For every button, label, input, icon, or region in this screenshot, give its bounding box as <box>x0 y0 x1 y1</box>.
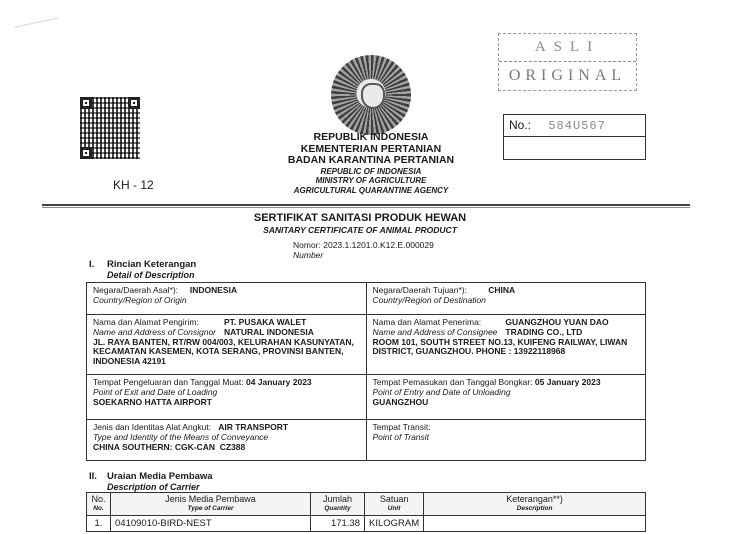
entry-date: 05 January 2023 <box>535 377 601 387</box>
row-no: 1. <box>87 516 111 532</box>
destination-label-en: Country/Region of Destination <box>373 296 640 306</box>
scan-smudge <box>14 17 60 37</box>
form-code: KH - 12 <box>113 178 154 192</box>
entry-place: GUANGZHOU <box>373 398 640 408</box>
number-label-en: Number <box>293 250 434 260</box>
entry-cell: Tempat Pemasukan dan Tanggal Bongkar: 05… <box>366 375 646 419</box>
conveyance-cell: Jenis dan Identitas Alat Angkut: AIR TRA… <box>87 420 366 460</box>
table-header-row: No.No. Jenis Media PembawaType of Carrie… <box>87 493 646 516</box>
certificate-title: SERTIFIKAT SANITASI PRODUK HEWAN SANITAR… <box>200 212 520 236</box>
description-table: Negara/Daerah Asal*): INDONESIA Country/… <box>86 282 646 461</box>
section-title: Rincian Keterangan <box>107 259 196 270</box>
header-line-en: MINISTRY OF AGRICULTURE <box>250 176 492 186</box>
consignor-address: JL. RAYA BANTEN, RT/RW 004/003, KELURAHA… <box>93 338 360 367</box>
transit-label: Tempat Transit: <box>373 422 431 432</box>
transit-cell: Tempat Transit: Point of Transit <box>366 420 646 460</box>
consignee-address: ROOM 101, SOUTH STREET NO.13, KUIFENG RA… <box>373 338 640 358</box>
table-row: Jenis dan Identitas Alat Angkut: AIR TRA… <box>87 420 645 460</box>
header-line: BADAN KARANTINA PERTANIAN <box>250 155 492 167</box>
qr-finder-icon <box>128 97 140 109</box>
serial-number-box: No.: 584U567 <box>503 114 646 160</box>
conveyance-label: Jenis dan Identitas Alat Angkut: <box>93 422 211 432</box>
header-divider <box>42 207 690 208</box>
title-id: SERTIFIKAT SANITASI PRODUK HEWAN <box>200 212 520 225</box>
entry-label: Tempat Pemasukan dan Tanggal Bongkar: <box>373 377 533 387</box>
row-type: 04109010-BIRD-NEST <box>111 516 311 532</box>
section-title-en: Detail of Description <box>107 270 196 281</box>
number-value: 2023.1.1201.0.K12.E.000029 <box>323 240 434 250</box>
col-description: Keterangan**)Description <box>424 493 646 516</box>
exit-date: 04 January 2023 <box>246 377 312 387</box>
origin-cell: Negara/Daerah Asal*): INDONESIA Country/… <box>87 283 366 314</box>
col-no: No.No. <box>87 493 111 516</box>
stamp-asli: ASLI <box>499 34 636 62</box>
section-number: II. <box>89 471 97 482</box>
exit-label: Tempat Pengeluaran dan Tanggal Muat: <box>93 377 244 387</box>
origin-label-en: Country/Region of Origin <box>93 296 360 306</box>
header-divider <box>42 204 690 206</box>
garuda-emblem-icon <box>331 55 411 135</box>
title-en: SANITARY CERTIFICATE OF ANIMAL PRODUCT <box>200 225 520 236</box>
table-row: Negara/Daerah Asal*): INDONESIA Country/… <box>87 283 645 315</box>
carrier-table: No.No. Jenis Media PembawaType of Carrie… <box>86 492 646 532</box>
row-quantity: 171.38 <box>311 516 365 532</box>
serial-value: 584U567 <box>548 119 605 133</box>
ministry-header: REPUBLIK INDONESIA KEMENTERIAN PERTANIAN… <box>250 132 492 195</box>
table-row: Nama dan Alamat Pengirim: PT. PUSAKA WAL… <box>87 315 645 375</box>
col-quantity: JumlahQuantity <box>311 493 365 516</box>
table-row: 1. 04109010-BIRD-NEST 171.38 KILOGRAM <box>87 516 646 532</box>
header-line-en: AGRICULTURAL QUARANTINE AGENCY <box>250 186 492 196</box>
transit-label-en: Point of Transit <box>373 433 640 443</box>
qr-finder-icon <box>80 97 92 109</box>
conveyance-value: AIR TRANSPORT <box>218 422 288 432</box>
table-row: Tempat Pengeluaran dan Tanggal Muat: 04 … <box>87 375 645 420</box>
header-line: REPUBLIK INDONESIA <box>250 132 492 144</box>
section-title: Uraian Media Pembawa <box>107 471 213 482</box>
col-unit: SatuanUnit <box>365 493 424 516</box>
consignor-cell: Nama dan Alamat Pengirim: PT. PUSAKA WAL… <box>87 315 366 374</box>
col-type: Jenis Media PembawaType of Carrier <box>111 493 311 516</box>
qr-code <box>80 97 140 159</box>
destination-value: CHINA <box>488 285 515 295</box>
consignee-cell: Nama dan Alamat Penerima: GUANGZHOU YUAN… <box>366 315 646 374</box>
qr-finder-icon <box>80 147 92 159</box>
certificate-number: Nomor: 2023.1.1201.0.K12.E.000029 Number <box>293 240 434 260</box>
row-unit: KILOGRAM <box>365 516 424 532</box>
destination-cell: Negara/Daerah Tujuan*): CHINA Country/Re… <box>366 283 646 314</box>
exit-cell: Tempat Pengeluaran dan Tanggal Muat: 04 … <box>87 375 366 419</box>
conveyance-detail: CHINA SOUTHERN: CGK-CAN CZ388 <box>93 443 360 453</box>
serial-label: No.: <box>509 118 531 132</box>
stamp-original: ORIGINAL <box>499 62 636 90</box>
row-description <box>424 516 646 532</box>
original-stamp: ASLI ORIGINAL <box>498 33 637 91</box>
header-line-en: REPUBLIC OF INDONESIA <box>250 167 492 177</box>
origin-value: INDONESIA <box>190 285 237 295</box>
number-label: Nomor: <box>293 240 321 250</box>
exit-place: SOEKARNO HATTA AIRPORT <box>93 398 360 408</box>
section-number: I. <box>89 259 94 270</box>
